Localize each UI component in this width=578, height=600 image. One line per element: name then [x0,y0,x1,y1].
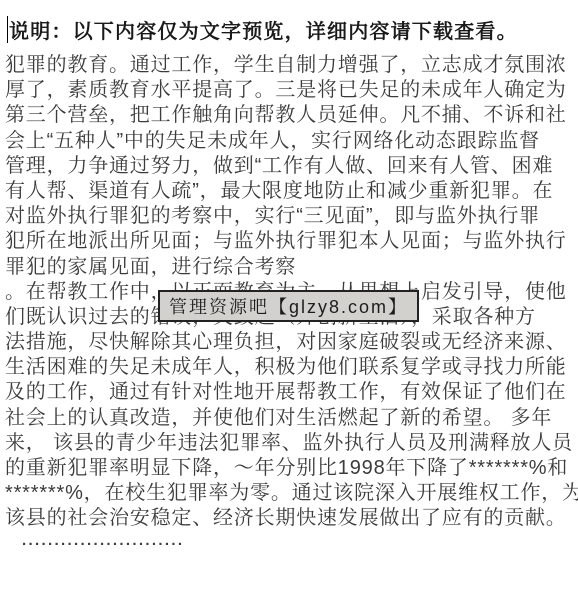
preview-notice-text: 说明：以下内容仅为文字预览，详细内容请下载查看。 [9,21,518,43]
text-cursor [7,16,8,43]
text-line: 法措施，尽快解除其心理负担，对因家庭破裂或无经济来源、 [5,330,577,355]
text-line: *******%，在校生犯罪率为零。通过该院深入开展维权工作，为 [5,481,577,506]
text-line: 对监外执行罪犯的考察中，实行“三见面”，即与监外执行罪 [5,204,577,229]
text-line: 会上“五种人”中的失足未成年人，实行网络化动态跟踪监督 [5,129,577,154]
text-line: 罪犯的家属见面，进行综合考察 [5,255,577,280]
watermark-badge: 管理资源吧【glzy8.com】 [158,290,419,322]
text-line: 犯所在地派出所见面；与监外执行罪犯本人见面；与监外执行 [5,229,577,254]
text-line: 生活困难的失足未成年人，积极为他们联系复学或寻找力所能 [5,355,577,380]
text-line: 该县的社会治安稳定、经济长期快速发展做出了应有的贡献。 [5,506,577,531]
text-line: 第三个营垒，把工作触角向帮教人员延伸。凡不捕、不诉和社 [5,103,577,128]
text-line: 来， 该县的青少年违法犯罪率、监外执行人员及刑满释放人员 [5,431,577,456]
text-line: 有人帮、渠道有人疏”，最大限度地防止和减少重新犯罪。在 [5,179,577,204]
watermark-text: 管理资源吧【glzy8.com】 [169,293,408,319]
text-line: 厚了，素质教育水平提高了。三是将已失足的未成年人确定为 [5,78,577,103]
text-line: 管理，力争通过努力，做到“工作有人做、回来有人管、困难 [5,154,577,179]
text-line: 的重新犯罪率明显下降，～年分别比1998年下降了*******%和 [5,456,577,481]
ellipsis-line: ························· [5,532,577,557]
text-line: 犯罪的教育。通过工作，学生自制力增强了，立志成才氛围浓 [5,53,577,78]
preview-page: 说明：以下内容仅为文字预览，详细内容请下载查看。 犯罪的教育。通过工作，学生自制… [0,0,578,600]
text-line: 及的工作，通过有针对性地开展帮教工作，有效保证了他们在 [5,380,577,405]
text-line: 社会上的认真改造，并使他们对生活燃起了新的希望。 多年 [5,406,577,431]
preview-notice: 说明：以下内容仅为文字预览，详细内容请下载查看。 [7,15,518,44]
